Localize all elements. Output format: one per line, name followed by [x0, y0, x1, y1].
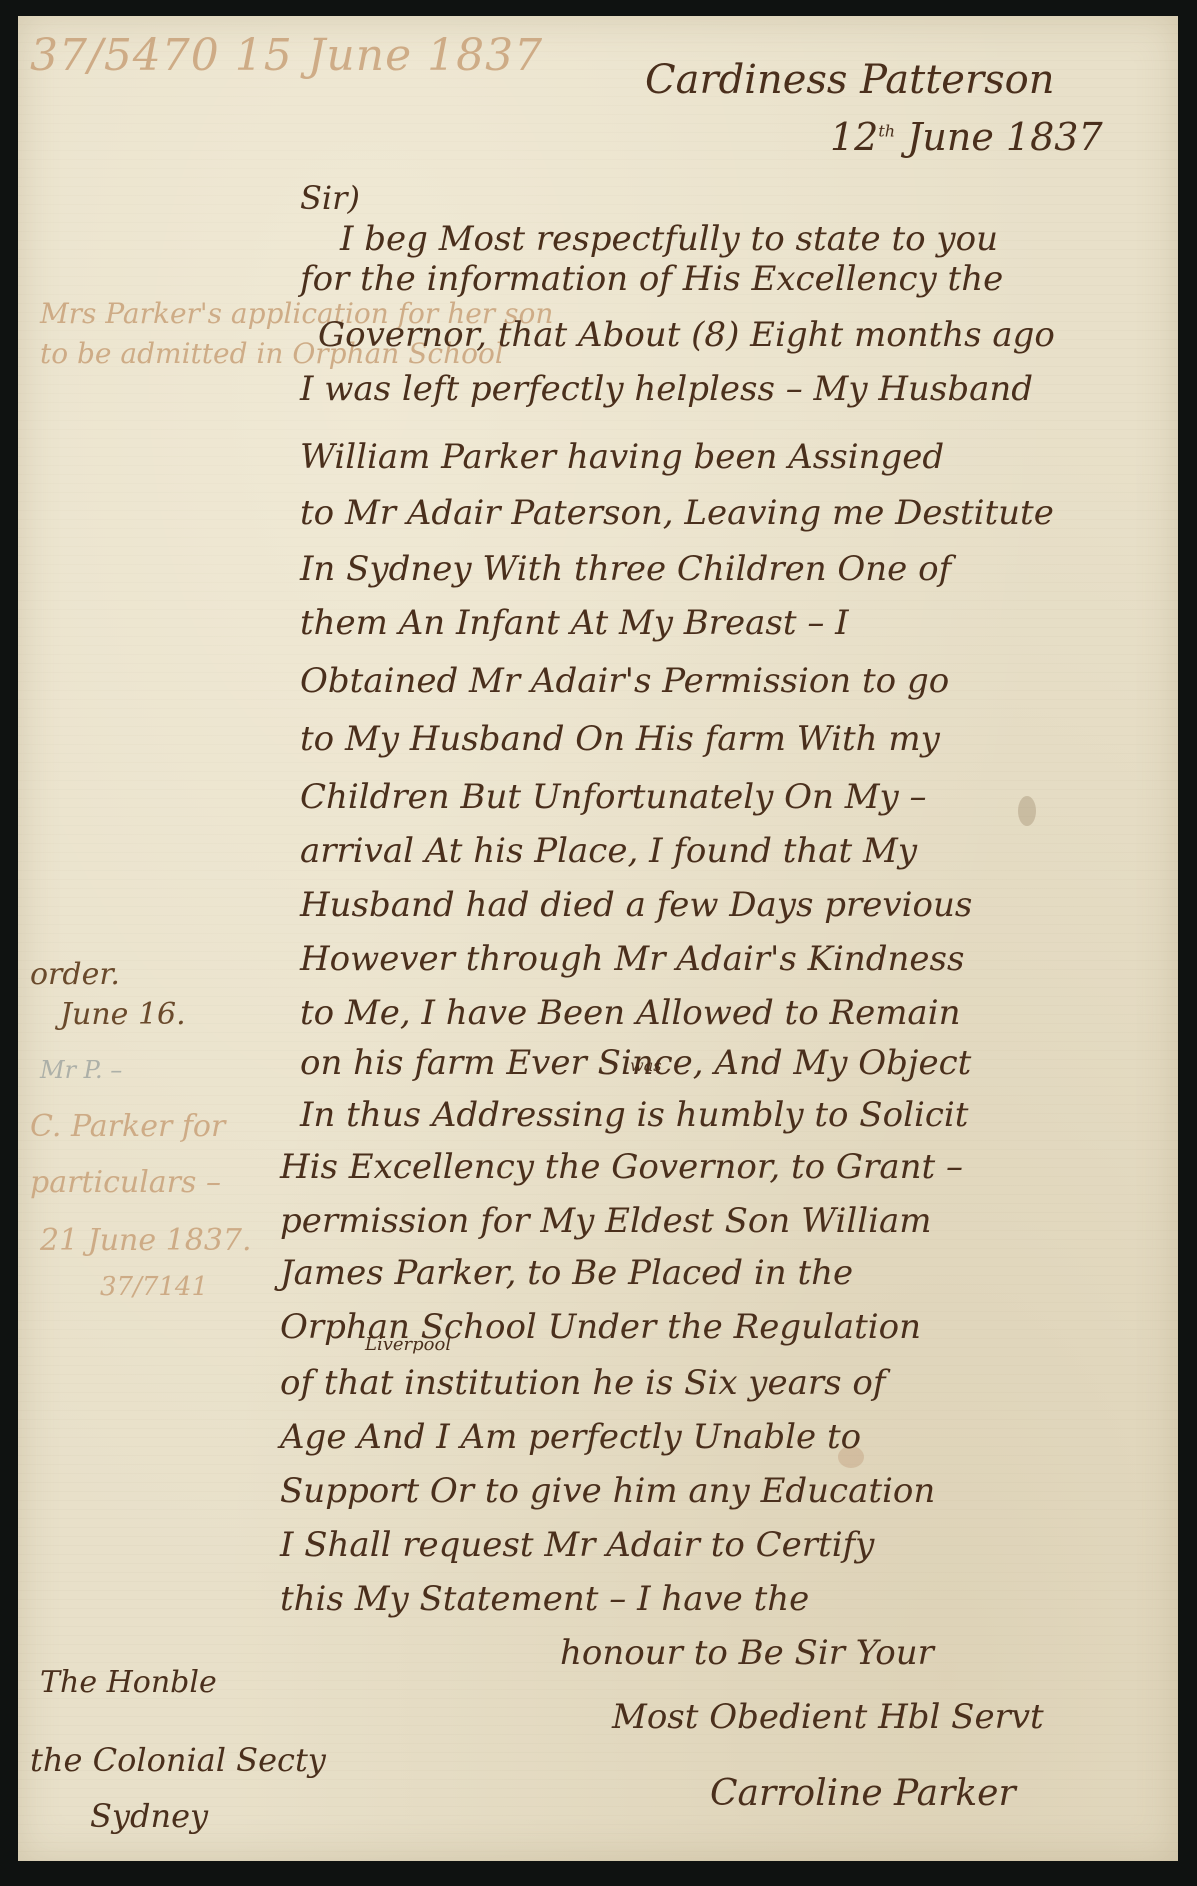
letter-place: Cardiness Patterson	[645, 60, 1054, 100]
body-line: them An Infant At My Breast – I	[300, 606, 849, 640]
body-line: In Sydney With three Children One of	[300, 552, 951, 586]
addressee-line-1: The Honble	[40, 1668, 217, 1698]
date-suffix: th	[878, 121, 895, 140]
salutation: Sir)	[300, 182, 360, 214]
body-line: Governor, that About (8) Eight months ag…	[318, 318, 1055, 352]
date-day: 12	[830, 115, 878, 159]
body-line: Husband had died a few Days previous	[300, 888, 972, 922]
body-line: I was left perfectly helpless – My Husba…	[300, 372, 1033, 406]
scan-background: 37/5470 15 June 1837 Cardiness Patterson…	[0, 0, 1197, 1886]
body-line: James Parker, to Be Placed in the	[280, 1256, 853, 1290]
ink-smudge	[1018, 796, 1036, 826]
closing: Most Obedient Hbl Servt	[612, 1700, 1044, 1734]
margin-note-faded-4: particulars –	[30, 1168, 221, 1198]
body-line: arrival At his Place, I found that My	[300, 834, 917, 868]
body-line: In thus Addressing is humbly to Solicit	[300, 1098, 968, 1132]
margin-note-pencil: Mr P. –	[40, 1058, 122, 1082]
margin-note-faded-5: 21 June 1837.	[40, 1226, 252, 1256]
body-line: to My Husband On His farm With my	[300, 722, 940, 756]
body-line: However through Mr Adair's Kindness	[300, 942, 964, 976]
body-line: Age And I Am perfectly Unable to	[280, 1420, 861, 1454]
body-line: Support Or to give him any Education	[280, 1474, 935, 1508]
interlinear-insertion-liverpool: Liverpool	[365, 1336, 451, 1354]
letter-date: 12th June 1837	[830, 118, 1103, 156]
margin-note-order: order.	[30, 960, 120, 990]
body-line: to Mr Adair Paterson, Leaving me Destitu…	[300, 496, 1054, 530]
body-line: William Parker having been Assinged	[300, 440, 944, 474]
addressee-line-3: Sydney	[90, 1800, 208, 1832]
signature: Carroline Parker	[710, 1776, 1016, 1812]
body-line: of that institution he is Six years of	[280, 1366, 885, 1400]
margin-note-faded-3: C. Parker for	[30, 1112, 225, 1142]
body-line: honour to Be Sir Your	[560, 1636, 934, 1670]
body-line: Children But Unfortunately On My –	[300, 780, 927, 814]
interlinear-insertion-was: was	[630, 1058, 661, 1074]
body-line: for the information of His Excellency th…	[300, 262, 1003, 296]
body-line: His Excellency the Governor, to Grant –	[280, 1150, 963, 1184]
body-line: permission for My Eldest Son William	[280, 1204, 931, 1238]
archive-reference: 37/5470 15 June 1837	[30, 34, 543, 78]
body-line: this My Statement – I have the	[280, 1582, 809, 1616]
body-line: I Shall request Mr Adair to Certify	[280, 1528, 874, 1562]
body-line: to Me, I have Been Allowed to Remain	[300, 996, 960, 1030]
addressee-line-2: the Colonial Secty	[30, 1744, 326, 1776]
body-line: I beg Most respectfully to state to you	[340, 222, 998, 256]
date-rest: June 1837	[907, 115, 1102, 159]
margin-note-faded-6: 37/7141	[100, 1274, 208, 1300]
body-line: Obtained Mr Adair's Permission to go	[300, 664, 949, 698]
margin-note-date: June 16.	[60, 1000, 186, 1030]
